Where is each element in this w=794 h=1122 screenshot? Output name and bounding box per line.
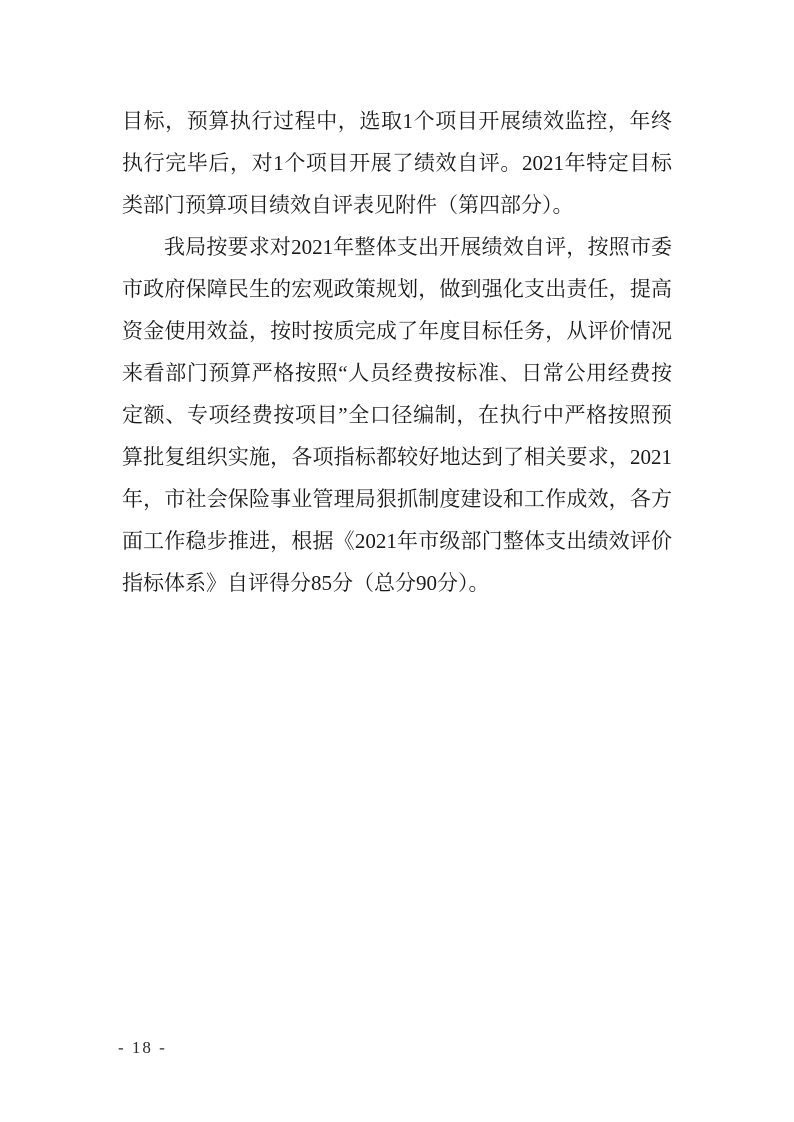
- paragraph-self-evaluation-score: 我局按要求对2021年整体支出开展绩效自评，按照市委市政府保障民生的宏观政策规划…: [122, 226, 672, 604]
- document-body: 目标，预算执行过程中，选取1个项目开展绩效监控，年终执行完毕后，对1个项目开展了…: [122, 100, 672, 604]
- page-footer: - 18 -: [118, 1038, 167, 1058]
- page-number: - 18 -: [118, 1038, 167, 1057]
- paragraph-performance-monitoring: 目标，预算执行过程中，选取1个项目开展绩效监控，年终执行完毕后，对1个项目开展了…: [122, 100, 672, 226]
- document-page: 目标，预算执行过程中，选取1个项目开展绩效监控，年终执行完毕后，对1个项目开展了…: [0, 0, 794, 1122]
